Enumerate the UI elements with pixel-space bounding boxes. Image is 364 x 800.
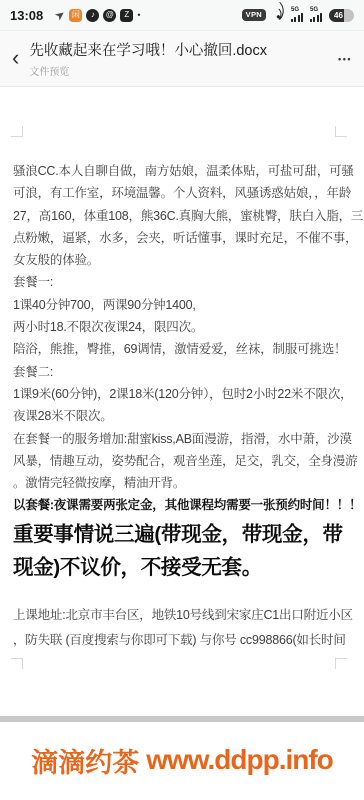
vpn-badge: VPN [242, 9, 266, 21]
margin-mark-top-right [335, 126, 347, 137]
wifi-icon [271, 9, 286, 21]
body-line: 套餐二: [13, 361, 351, 383]
body-line: 骚浪CC.本人自聊自做，南方姑娘，温柔体贴，可盐可甜，可骚 [13, 160, 351, 182]
capcut-icon: Z [120, 9, 133, 22]
body-line: 风暴，情趣互动，姿势配合，观音坐莲，足交，乳交，全身漫游 [13, 450, 351, 472]
file-preview-label: 文件预览 [29, 63, 332, 78]
body-line: 两小时18.不限次夜课24，限四次。 [13, 316, 351, 338]
body-line: 夜课28米不限次。 [13, 405, 351, 427]
body-line: 27，高160，体重108，熊36C.真胸大熊，蜜桃臀，肤白入脂，三 [13, 205, 351, 227]
orange-app-icon: 闲 [69, 9, 82, 22]
telegram-icon: ➤ [53, 7, 68, 23]
watermark-url-text: www.ddpp.info [146, 744, 333, 776]
body-line: 可浪，有工作室，环境温馨。个人资料，风骚诱惑姑娘，，年龄 [13, 182, 351, 204]
document-body-text: 骚浪CC.本人自聊自做，南方姑娘，温柔体贴，可盐可甜，可骚 可浪，有工作室，环境… [13, 160, 351, 517]
battery-icon: 46 [329, 9, 354, 22]
status-bar-left: 13:08 ➤ 闲 ♪ @ Z • [10, 8, 140, 23]
body-line: 1课40分钟700，两课90分钟1400, [13, 294, 351, 316]
address-text: 上课地址:北京市丰台区，地铁10号线到宋家庄C1出口附近小区 ，防失联 (百度搜… [13, 603, 354, 653]
file-preview-header: ‹ 先收藏起来在学习哦！小心撤回.docx 文件预览 ••• [0, 30, 364, 87]
watermark-cn-text: 滴滴约茶 [31, 741, 139, 780]
watermark: 滴滴约茶 www.ddpp.info [0, 735, 364, 785]
status-bar-right: VPN 5G 5G 46 [242, 8, 354, 23]
body-line: 套餐一: [13, 271, 351, 293]
tiktok-icon: ♪ [86, 9, 99, 22]
headline-line: 现金)不议价，不接受无套。 [13, 551, 354, 584]
cellular-signal-icon-1: 5G [291, 8, 305, 23]
body-line: 陪浴，熊推，臀推，69调情，激情爱爱，丝袜，制服可挑选！ [13, 338, 351, 360]
status-bar: 13:08 ➤ 闲 ♪ @ Z • VPN 5G 5G 46 [0, 0, 364, 30]
more-menu-button[interactable]: ••• [332, 50, 352, 68]
spiral-app-icon: @ [103, 9, 116, 22]
address-line: ，防失联 (百度搜索与你即可下载) 与你号 cc998866(如长时间 [13, 628, 354, 653]
header-titles: 先收藏起来在学习哦！小心撤回.docx 文件预览 [25, 39, 332, 78]
cellular-signal-icon-2: 5G [310, 8, 324, 23]
back-button[interactable]: ‹ [12, 45, 25, 73]
deposit-notice-line: 以套餐:夜课需要两张定金，其他课程均需要一张预约时间！！！ [13, 494, 351, 516]
body-line: 在套餐一的服务增加:甜蜜kiss,AB面漫游，指滑，水中萧，沙漠 [13, 428, 351, 450]
address-line: 上课地址:北京市丰台区，地铁10号线到宋家庄C1出口附近小区 [13, 603, 354, 628]
cash-warning-headline: 重要事情说三遍(带现金，带现金，带 现金)不议价，不接受无套。 [13, 518, 354, 584]
clock: 13:08 [10, 8, 43, 23]
margin-mark-bottom-left [11, 658, 23, 669]
body-line: 女友般的体验。 [13, 249, 351, 271]
body-line: 1课9米(60分钟)，2课18米(120分钟），包时2小时22米不限次， [13, 383, 351, 405]
body-line: 。激情完轻微按摩，精油开背。 [13, 472, 351, 494]
margin-mark-bottom-right [335, 658, 347, 669]
margin-mark-top-left [11, 126, 23, 137]
page-break-divider [0, 716, 364, 722]
body-line: 点粉嫩，逼紧，水多，会夹，听话懂事，课时充足，不催不事， [13, 227, 351, 249]
file-title: 先收藏起来在学习哦！小心撤回.docx [29, 39, 332, 60]
headline-line: 重要事情说三遍(带现金，带现金，带 [13, 518, 354, 551]
notification-dot: • [137, 10, 140, 20]
